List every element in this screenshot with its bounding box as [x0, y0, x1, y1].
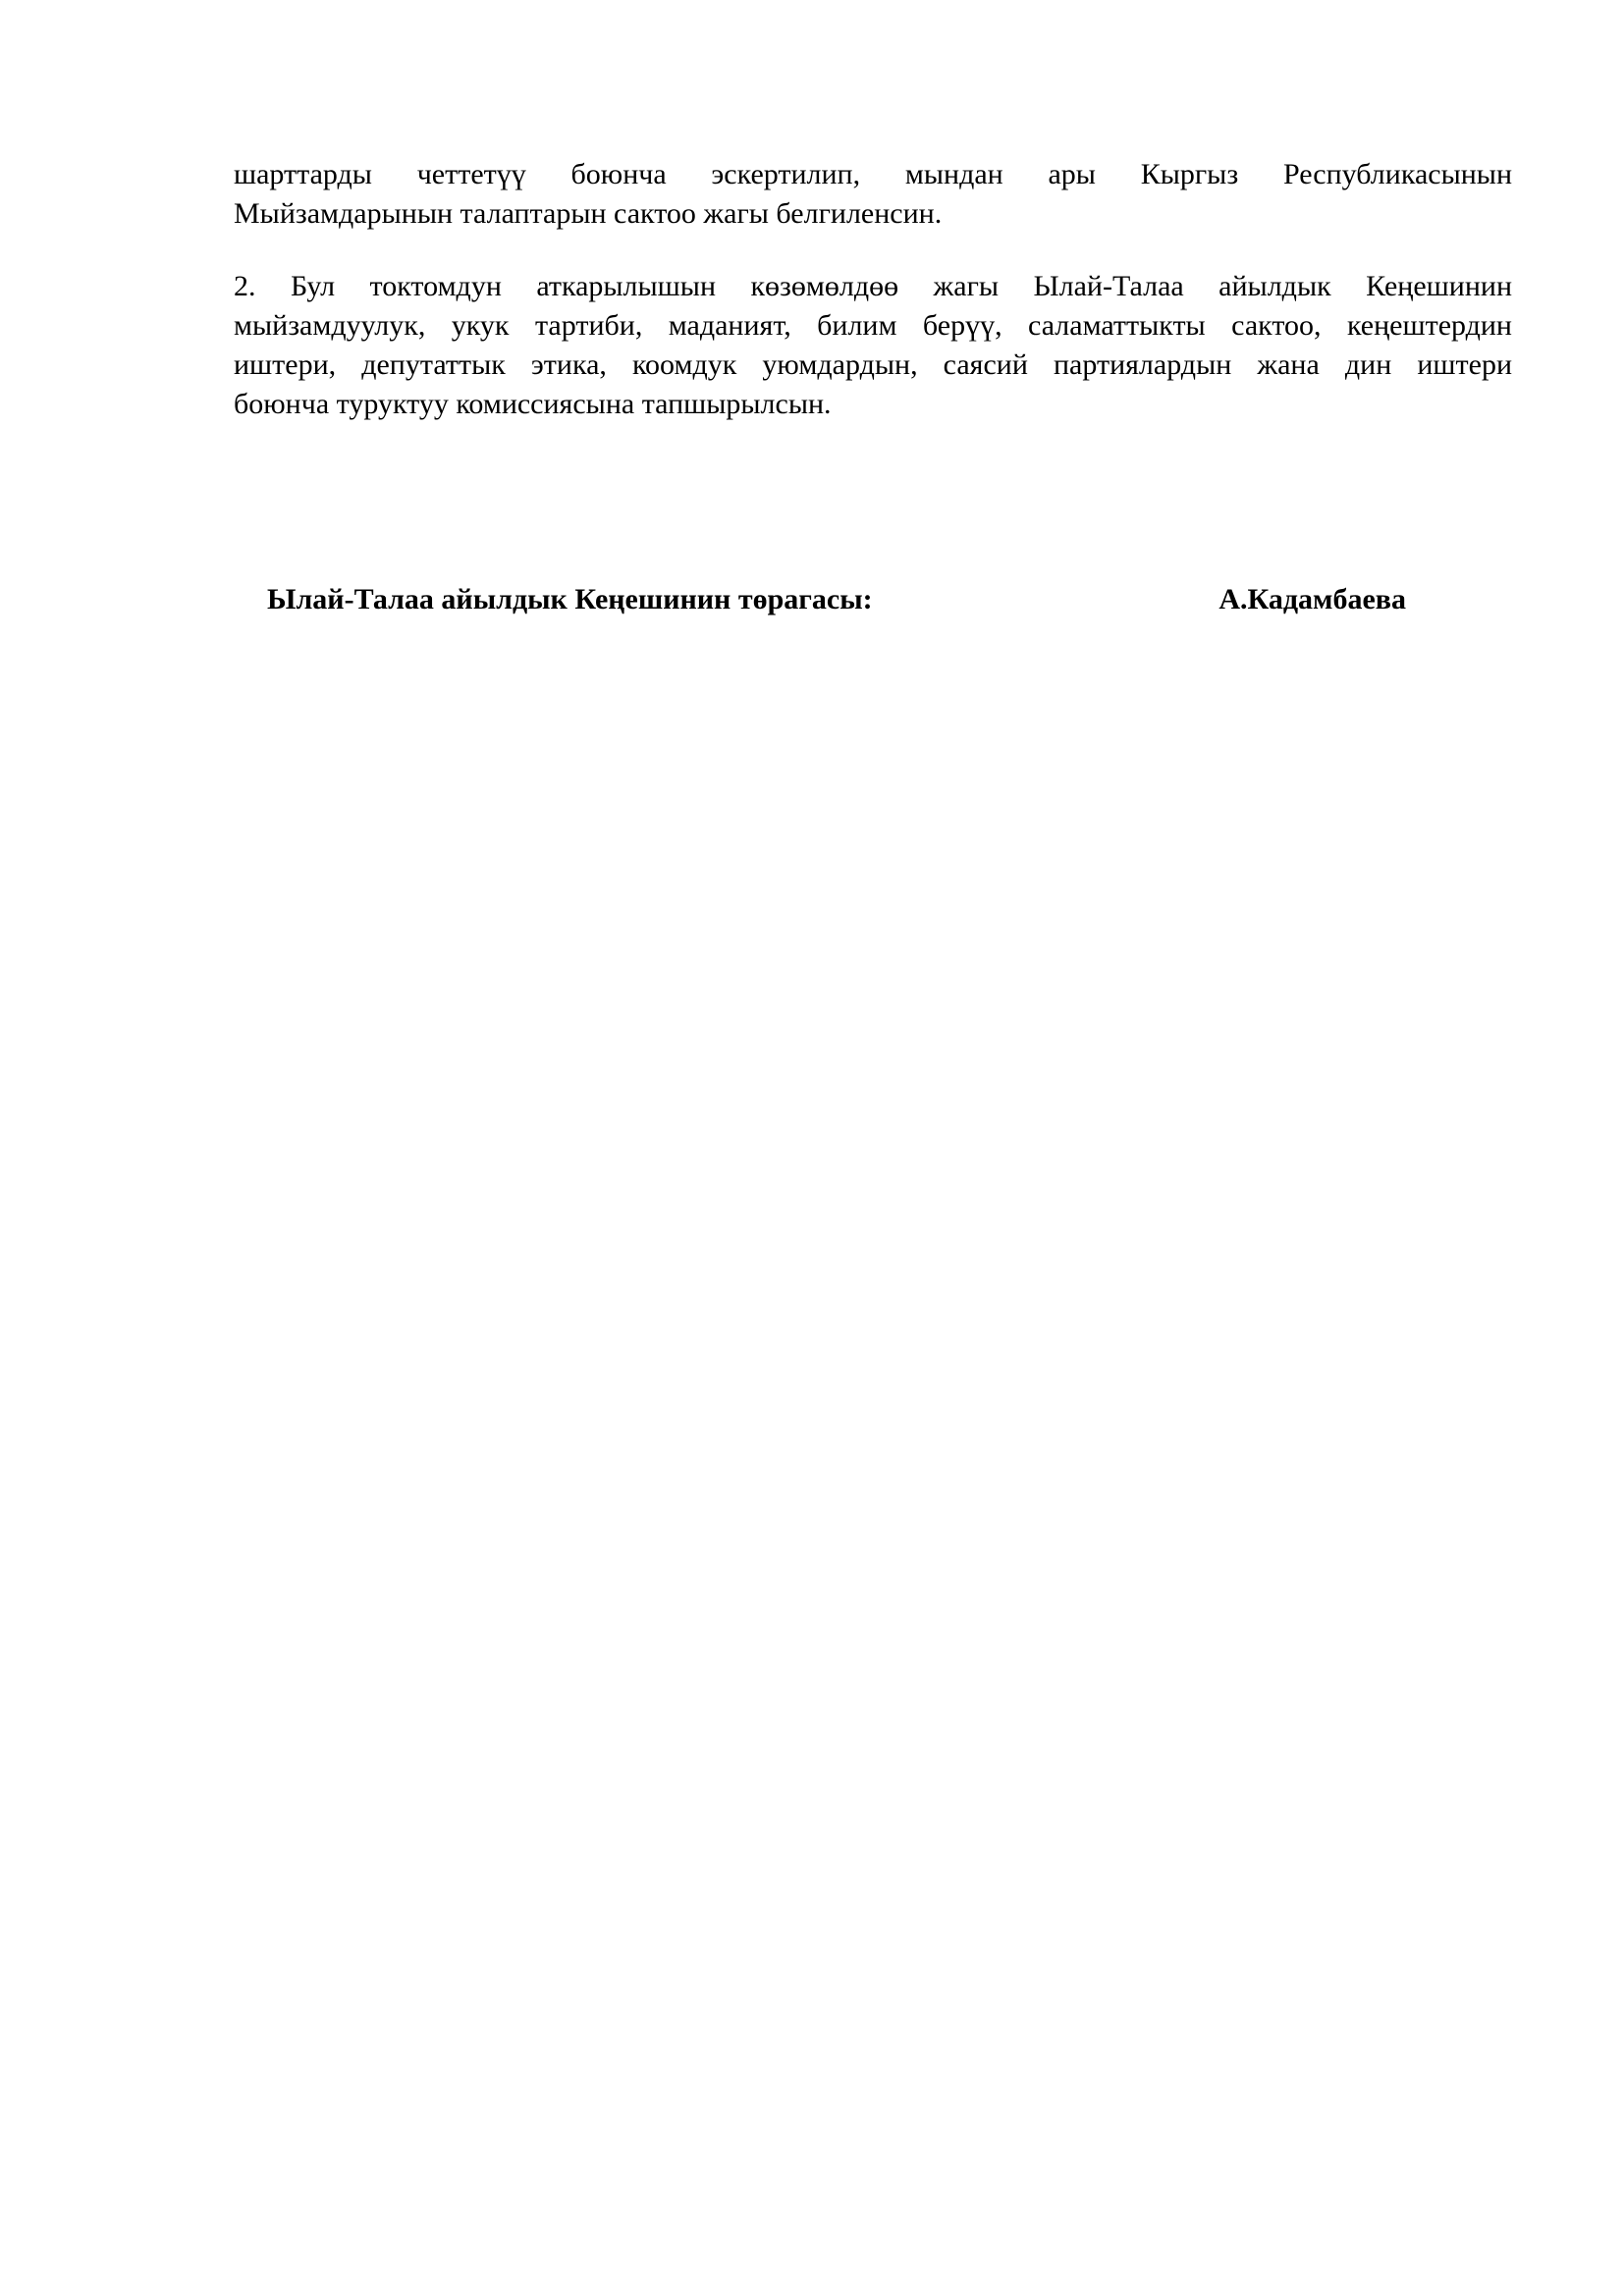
paragraph-line: шарттарды четтетүү боюнча эскертилип, мы… — [234, 155, 1512, 194]
signature-title: Ылай-Талаа айылдык Кеңешинин төрагасы: — [267, 580, 873, 619]
paragraph-line: Мыйзамдарынын талаптарын сактоо жагы бел… — [234, 194, 1512, 234]
paragraph-line: 2. Бул токтомдун аткарылышын көзөмөлдөө … — [234, 267, 1512, 306]
paragraph-warning: шарттарды четтетүү боюнча эскертилип, мы… — [234, 155, 1512, 234]
document-page: шарттарды четтетүү боюнча эскертилип, мы… — [0, 0, 1624, 2296]
paragraph-line: мыйзамдуулук, укук тартиби, маданият, би… — [234, 306, 1512, 346]
paragraph-control-assignment: 2. Бул токтомдун аткарылышын көзөмөлдөө … — [234, 267, 1512, 424]
paragraph-line: иштери, депутаттык этика, коомдук уюмдар… — [234, 346, 1512, 385]
signature-name: А.Кадамбаева — [1218, 580, 1406, 619]
paragraph-line: боюнча туруктуу комиссиясына тапшырылсын… — [234, 385, 1512, 424]
